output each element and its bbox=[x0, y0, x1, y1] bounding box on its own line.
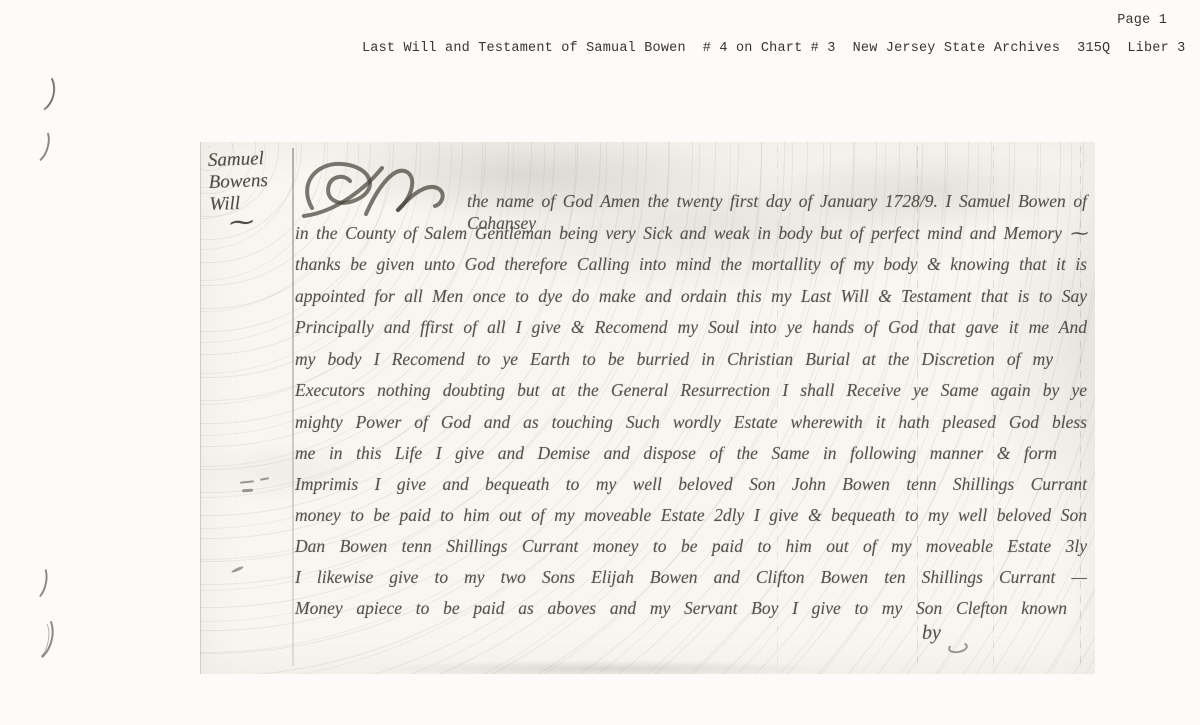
archive-name: New Jersey State Archives bbox=[853, 41, 1061, 56]
margin-note-line: Bowens bbox=[208, 170, 268, 193]
will-line: money to be paid to him out of my moveab… bbox=[295, 504, 1087, 526]
file-number: 315Q bbox=[1077, 41, 1110, 56]
scan-left-edge bbox=[200, 142, 201, 674]
stray-ink-mark bbox=[242, 489, 253, 493]
flourish-mark: ⁓ bbox=[210, 214, 270, 232]
page-number-label: Page 1 bbox=[1117, 13, 1167, 28]
will-line: my body I Recomend to ye Earth to be bur… bbox=[295, 348, 1053, 370]
will-line: Imprimis I give and bequeath to my well … bbox=[295, 473, 1087, 495]
ledger-margin-rule bbox=[292, 148, 294, 666]
stray-ink-mark bbox=[260, 477, 269, 481]
will-line: I likewise give to my two Sons Elijah Bo… bbox=[295, 566, 1087, 588]
document-title: Last Will and Testament of Samual Bowen bbox=[362, 41, 686, 56]
will-line: in the County of Salem Gentleman being v… bbox=[295, 222, 1087, 244]
margin-note-line: Samuel bbox=[208, 148, 265, 171]
margin-annotation: Samuel Bowens Will ⁓ bbox=[208, 148, 270, 232]
will-line: mighty Power of God and as touching Such… bbox=[295, 411, 1087, 433]
will-line: Money apiece to be paid as aboves and my… bbox=[295, 597, 1067, 619]
stray-ink-mark bbox=[240, 480, 254, 483]
will-line: thanks be given unto God therefore Calli… bbox=[295, 253, 1087, 275]
scanned-will-image: Samuel Bowens Will ⁓ the name of God Ame… bbox=[200, 142, 1095, 674]
archival-title-line: Last Will and Testament of Samual Bowen … bbox=[362, 41, 1200, 56]
will-line: Dan Bowen tenn Shillings Currant money t… bbox=[295, 535, 1087, 557]
scanned-page: { "header": { "page_label": "Page 1", "t… bbox=[0, 0, 1200, 725]
will-line: me in this Life I give and Demise and di… bbox=[295, 442, 1057, 464]
liber-number: Liber 3 bbox=[1127, 41, 1185, 56]
punch-hole-mark bbox=[25, 563, 50, 602]
punch-hole-mark bbox=[22, 124, 54, 167]
catchword: by bbox=[922, 622, 941, 645]
stray-ink-mark bbox=[231, 565, 244, 573]
ink-flourish bbox=[947, 640, 969, 654]
will-line: Executors nothing doubting but at the Ge… bbox=[295, 379, 1087, 401]
will-line: appointed for all Men once to dye do mak… bbox=[295, 285, 1087, 307]
will-line: Principally and ffirst of all I give & R… bbox=[295, 316, 1087, 338]
chart-reference: # 4 on Chart # 3 bbox=[703, 41, 836, 56]
